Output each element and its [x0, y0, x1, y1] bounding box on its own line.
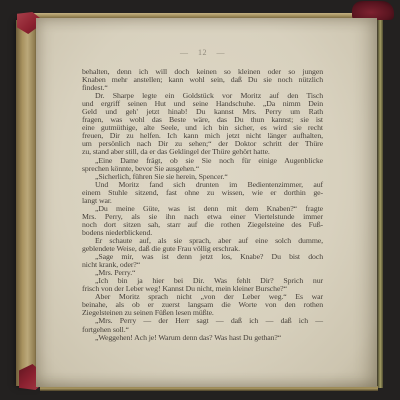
text-line: „Weggehen! Ach je! Warum denn das? Was h… — [82, 334, 323, 342]
photo-of-open-book: — 12 — behalten, denn ich will doch kein… — [0, 0, 400, 400]
book-page: — 12 — behalten, denn ich will doch kein… — [36, 18, 377, 387]
body-text-block: behalten, denn ich will doch keinen so k… — [82, 68, 323, 342]
text-line: einem Stuhle sitzend, fast ohne zu wisse… — [82, 189, 323, 197]
text-line: Knaben mehr anstellen; kann wohl sein, d… — [82, 76, 323, 84]
book-edge-right — [377, 16, 383, 388]
book-edge-left — [16, 20, 37, 386]
page-number-header: — 12 — — [82, 47, 323, 58]
